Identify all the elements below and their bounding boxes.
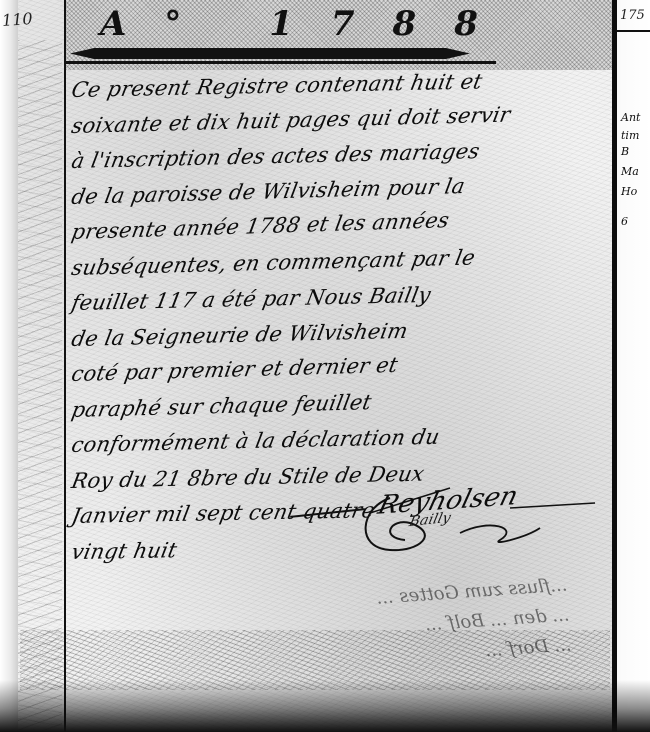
page-number-left: 110	[1, 9, 33, 30]
margin-note: tim	[621, 130, 639, 141]
header-divider	[70, 48, 470, 59]
right-page-rule	[617, 30, 650, 32]
margin-note: 6	[621, 216, 628, 227]
bottom-edge-shadow	[0, 680, 650, 732]
margin-note: Ho	[621, 186, 637, 197]
margin-note: Ant	[621, 112, 640, 123]
adjacent-page-strip: Ant tim B Ma Ho 6	[617, 0, 650, 732]
margin-note: Ma	[621, 166, 639, 177]
header-underline	[66, 61, 496, 64]
left-margin-texture	[18, 40, 62, 732]
margin-note: B	[621, 146, 629, 157]
page-number-right: 175	[620, 8, 645, 23]
signature-block: Reyholsen Bailly	[350, 478, 610, 558]
left-margin-rule	[64, 0, 66, 732]
page-left-edge	[0, 0, 18, 732]
header-year: A° 1788	[100, 4, 480, 44]
document-page: A° 1788 110 Ant tim B Ma Ho 6 175 Ce pre…	[0, 0, 650, 732]
